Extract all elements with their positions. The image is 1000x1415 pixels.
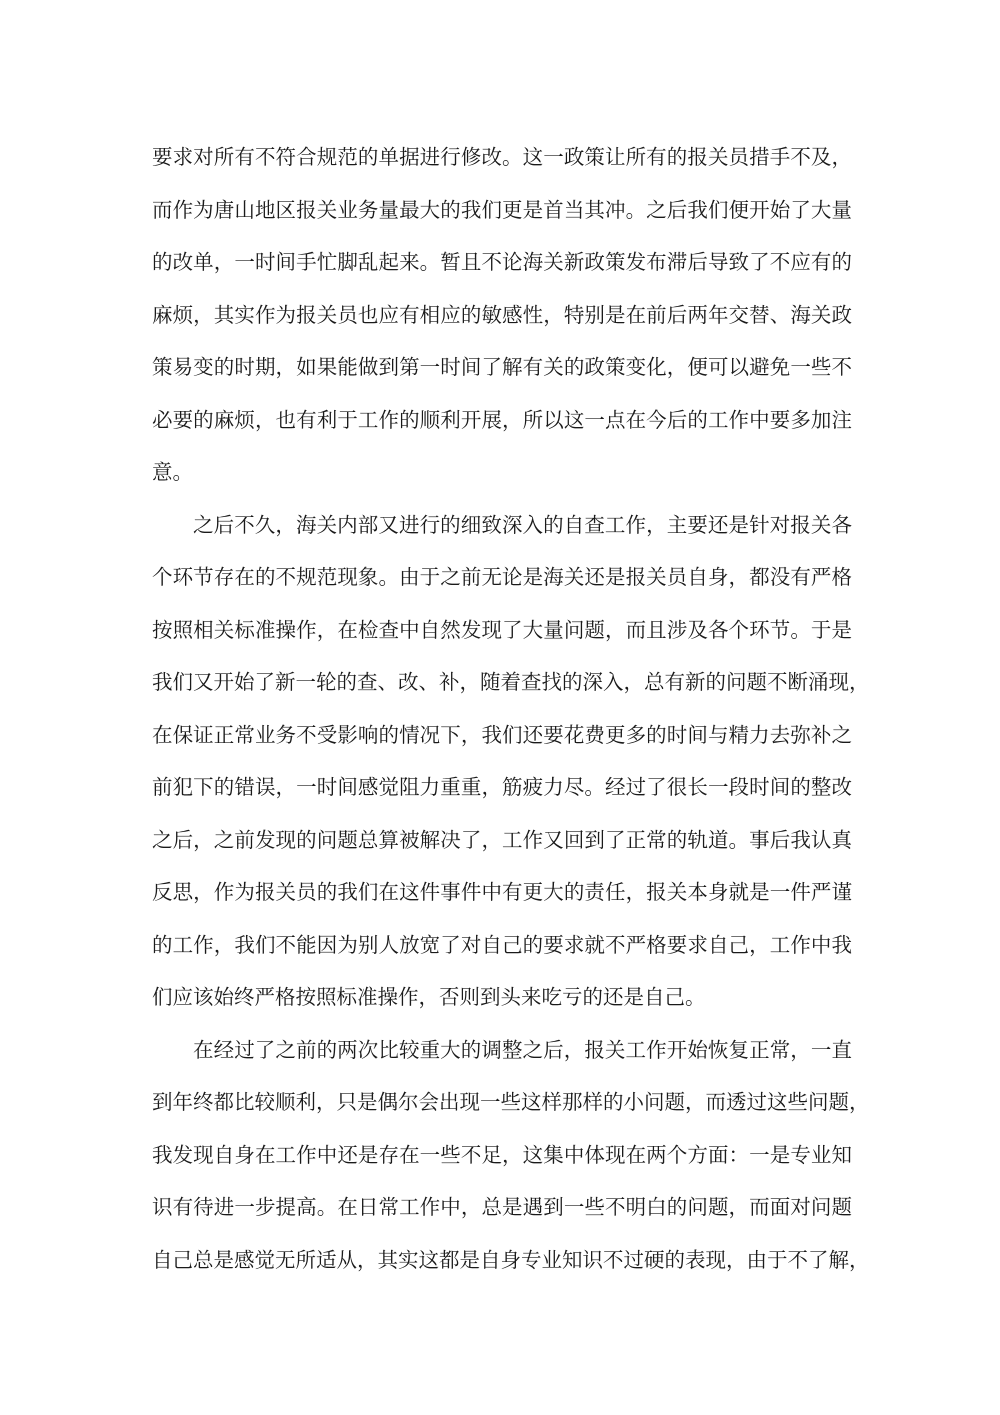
text-line-indented: 之后不久，海关内部又进行的细致深入的自查工作，主要还是针对报关各 <box>152 499 852 552</box>
text-line: 我发现自身在工作中还是存在一些不足，这集中体现在两个方面：一是专业知 <box>152 1129 852 1182</box>
text-line: 按照相关标准操作，在检查中自然发现了大量问题，而且涉及各个环节。于是 <box>152 604 852 657</box>
text-line: 而作为唐山地区报关业务量最大的我们更是首当其冲。之后我们便开始了大量 <box>152 184 852 237</box>
text-line: 到年终都比较顺利，只是偶尔会出现一些这样那样的小问题，而透过这些问题， <box>152 1076 852 1129</box>
text-line: 策易变的时期，如果能做到第一时间了解有关的政策变化，便可以避免一些不 <box>152 341 852 394</box>
text-line: 自己总是感觉无所适从，其实这都是自身专业知识不过硬的表现，由于不了解， <box>152 1234 852 1287</box>
text-line: 们应该始终严格按照标准操作，否则到头来吃亏的还是自己。 <box>152 971 852 1024</box>
text-line: 的改单，一时间手忙脚乱起来。暂且不论海关新政策发布滞后导致了不应有的 <box>152 236 852 289</box>
text-line: 识有待进一步提高。在日常工作中，总是遇到一些不明白的问题，而面对问题 <box>152 1181 852 1234</box>
text-line: 必要的麻烦，也有利于工作的顺利开展，所以这一点在今后的工作中要多加注 <box>152 394 852 447</box>
paragraph-1: 要求对所有不符合规范的单据进行修改。这一政策让所有的报关员措手不及， 而作为唐山… <box>152 131 852 499</box>
document-page: 要求对所有不符合规范的单据进行修改。这一政策让所有的报关员措手不及， 而作为唐山… <box>152 131 852 1286</box>
text-line: 前犯下的错误，一时间感觉阻力重重，筋疲力尽。经过了很长一段时间的整改 <box>152 761 852 814</box>
text-line: 的工作，我们不能因为别人放宽了对自己的要求就不严格要求自己，工作中我 <box>152 919 852 972</box>
text-line: 在保证正常业务不受影响的情况下，我们还要花费更多的时间与精力去弥补之 <box>152 709 852 762</box>
text-line: 个环节存在的不规范现象。由于之前无论是海关还是报关员自身，都没有严格 <box>152 551 852 604</box>
text-line: 之后，之前发现的问题总算被解决了，工作又回到了正常的轨道。事后我认真 <box>152 814 852 867</box>
text-line: 要求对所有不符合规范的单据进行修改。这一政策让所有的报关员措手不及， <box>152 131 852 184</box>
text-line: 意。 <box>152 446 852 499</box>
text-line: 麻烦，其实作为报关员也应有相应的敏感性，特别是在前后两年交替、海关政 <box>152 289 852 342</box>
text-line: 反思，作为报关员的我们在这件事件中有更大的责任，报关本身就是一件严谨 <box>152 866 852 919</box>
text-line: 我们又开始了新一轮的查、改、补，随着查找的深入，总有新的问题不断涌现， <box>152 656 852 709</box>
paragraph-2: 之后不久，海关内部又进行的细致深入的自查工作，主要还是针对报关各 个环节存在的不… <box>152 499 852 1024</box>
paragraph-3: 在经过了之前的两次比较重大的调整之后，报关工作开始恢复正常，一直 到年终都比较顺… <box>152 1024 852 1287</box>
text-line-indented: 在经过了之前的两次比较重大的调整之后，报关工作开始恢复正常，一直 <box>152 1024 852 1077</box>
